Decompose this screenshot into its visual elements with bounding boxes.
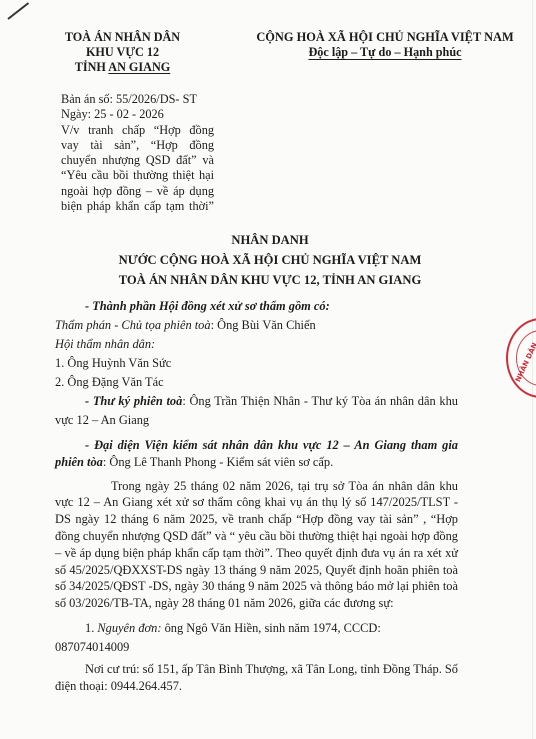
court-name-line3: TỈNH AN GIANG (40, 60, 205, 75)
plaintiff-residence: Nơi cư trú: số 151, ấp Tân Bình Thượng, … (55, 661, 458, 695)
pen-mark (7, 2, 29, 20)
national-header: CỘNG HOÀ XÃ HỘI CHỦ NGHĨA VIỆT NAM Độc l… (250, 30, 520, 60)
subject-line: chuyển nhượng QSD đất” và (61, 153, 214, 168)
panel-heading-text: - Thành phần Hội đồng xét xử sơ thẩm gồm… (85, 299, 330, 313)
province-name: AN GIANG (108, 60, 170, 74)
procuracy: - Đại diện Viện kiểm sát nhân dân khu vự… (55, 437, 458, 471)
judgment-body: - Thành phần Hội đồng xét xử sơ thẩm gồm… (55, 297, 458, 695)
plaintiff: 1. Nguyên đơn: ông Ngô Văn Hiền, sinh nă… (55, 619, 458, 657)
plaintiff-number: 1. (85, 621, 97, 635)
national-motto: Độc lập – Tự do – Hạnh phúc (250, 45, 520, 60)
assessor-item: 2. Ông Đặng Văn Tác (55, 373, 458, 392)
national-name: CỘNG HOÀ XÃ HỘI CHỦ NGHĨA VIỆT NAM (250, 30, 520, 45)
document-title: NHÂN DANH NƯỚC CỘNG HOÀ XÃ HỘI CHỦ NGHĨA… (60, 230, 480, 290)
presiding-value: : Ông Bùi Văn Chiến (211, 318, 316, 332)
court-name-line1: TOÀ ÁN NHÂN DÂN (40, 30, 205, 45)
presiding-label: Thẩm phán - Chủ tọa phiên toà (55, 318, 211, 332)
title-line2: NƯỚC CỘNG HOÀ XÃ HỘI CHỦ NGHĨA VIỆT NAM (60, 250, 480, 270)
case-meta: Bản án số: 55/2026/DS- ST Ngày: 25 - 02 … (61, 92, 214, 214)
trial-paragraph: Trong ngày 25 tháng 02 năm 2026, tại trụ… (55, 478, 458, 612)
judgment-date: Ngày: 25 - 02 - 2026 (61, 107, 214, 122)
court-name-line2: KHU VỰC 12 (40, 45, 205, 60)
title-line3: TOÀ ÁN NHÂN DÂN KHU VỰC 12, TỈNH AN GIAN… (60, 270, 480, 290)
seal-text: NHÂN DÂN (514, 341, 536, 383)
plaintiff-label: Nguyên đơn: (97, 621, 161, 635)
panel-heading: - Thành phần Hội đồng xét xử sơ thẩm gồm… (55, 297, 458, 316)
procuracy-value: : Ông Lê Thanh Phong - Kiểm sát viên sơ … (103, 455, 333, 469)
subject-line: vay tài sản”, “Hợp đồng (61, 138, 214, 153)
subject-line: V/v tranh chấp “Hợp đồng (61, 123, 214, 138)
presiding-judge: Thẩm phán - Chủ tọa phiên toà: Ông Bùi V… (55, 316, 458, 335)
assessors-label: Hội thẩm nhân dân: (55, 335, 458, 354)
subject-line: “Yêu cầu bồi thường thiệt hại (61, 168, 214, 183)
title-line1: NHÂN DANH (60, 230, 480, 250)
court-seal-stamp: NHÂN DÂN (506, 318, 536, 398)
clerk-label: - Thư ký phiên toà (85, 394, 182, 408)
court-header: TOÀ ÁN NHÂN DÂN KHU VỰC 12 TỈNH AN GIANG (40, 30, 205, 75)
assessor-item: 1. Ông Huỳnh Văn Sức (55, 354, 458, 373)
province-prefix: TỈNH (75, 60, 109, 74)
subject-line: biện pháp khẩn cấp tạm thời” (61, 199, 214, 214)
judgment-number: Bản án số: 55/2026/DS- ST (61, 92, 214, 107)
clerk: - Thư ký phiên toà: Ông Trần Thiện Nhân … (55, 392, 458, 430)
subject-line: ngoài hợp đồng – về áp dụng (61, 184, 214, 199)
judgment-page: TOÀ ÁN NHÂN DÂN KHU VỰC 12 TỈNH AN GIANG… (0, 0, 536, 739)
